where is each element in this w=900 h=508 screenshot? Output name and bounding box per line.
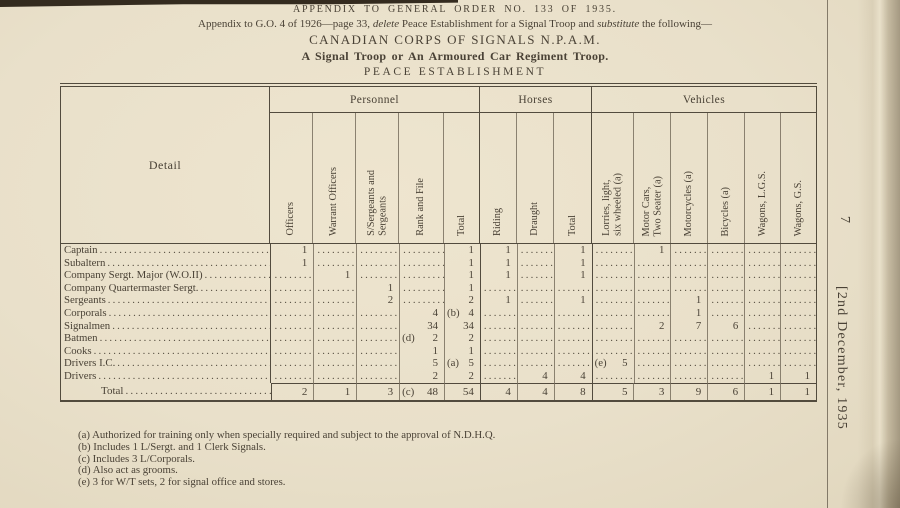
empty-cell-dots	[671, 257, 707, 269]
table-cell: 6	[707, 383, 744, 400]
amendment-delete-word: delete	[373, 18, 399, 30]
table-cell: 1	[270, 244, 313, 257]
empty-cell-dots	[593, 244, 634, 256]
table-cell	[517, 320, 554, 333]
empty-cell-dots	[781, 345, 816, 357]
empty-cell-dots	[555, 282, 592, 294]
column-header-label: Bicycles (a)	[720, 187, 732, 236]
empty-cell-dots	[635, 357, 671, 369]
table-cell: 34	[399, 320, 444, 333]
table-cell	[634, 282, 671, 295]
empty-cell-dots	[518, 332, 554, 344]
row-label: Signalmen	[64, 320, 110, 333]
empty-cell-dots	[314, 257, 356, 269]
cell-value: 2	[433, 370, 444, 382]
cell-value: 1	[505, 294, 516, 306]
table-cell	[313, 370, 356, 383]
empty-cell-dots	[357, 269, 399, 281]
empty-cell-dots	[781, 357, 816, 369]
table-cell	[707, 294, 744, 307]
empty-cell-dots	[555, 345, 592, 357]
empty-cell-dots	[635, 294, 671, 306]
empty-cell-dots	[357, 345, 399, 357]
row-label-cell: Batmen	[61, 332, 270, 345]
column-header: Lorries, light, six wheeled (a)	[591, 113, 633, 243]
empty-cell-dots	[314, 282, 356, 294]
footnotes: (a) Authorized for training only when sp…	[78, 430, 698, 489]
empty-cell-dots	[745, 244, 780, 256]
table-cell	[399, 294, 444, 307]
empty-cell-dots	[745, 269, 780, 281]
cell-value: 5	[622, 357, 633, 369]
empty-cell-dots	[671, 332, 707, 344]
row-label-cell: Drivers I.C.	[61, 357, 270, 370]
table-cell	[780, 269, 816, 282]
column-header-label: Riding	[492, 208, 504, 236]
amendment-note-text: Peace Establishment for a Signal Troop a…	[399, 18, 597, 30]
table-cell: 5	[592, 383, 634, 400]
column-header: Warrant Officers	[312, 113, 355, 243]
cell-value: 5	[622, 384, 634, 400]
empty-cell-dots	[518, 345, 554, 357]
empty-cell-dots	[781, 282, 816, 294]
column-header: Total	[553, 113, 591, 243]
cell-value: 3	[659, 384, 671, 400]
column-header-label: Lorries, light, six wheeled (a)	[601, 173, 624, 236]
column-header-label: Officers	[285, 202, 297, 236]
footnote-ref: (b)	[445, 307, 460, 319]
empty-cell-dots	[518, 357, 554, 369]
empty-cell-dots	[671, 370, 707, 382]
column-header: Officers	[269, 113, 312, 243]
table-cell	[480, 357, 517, 370]
row-label-cell: Signalmen	[61, 320, 270, 333]
row-label: Total	[101, 383, 123, 400]
amendment-note-text: the following—	[639, 18, 712, 30]
table-cell: 1	[670, 294, 707, 307]
empty-cell-dots	[745, 332, 780, 344]
empty-cell-dots	[593, 370, 634, 382]
empty-cell-dots	[745, 357, 780, 369]
empty-cell-dots	[593, 257, 634, 269]
table-cell: 2	[444, 332, 480, 345]
dot-leader	[105, 257, 270, 270]
empty-cell-dots	[781, 269, 816, 281]
establishment-title: PEACE ESTABLISHMENT	[60, 66, 850, 78]
table-cell	[780, 332, 816, 345]
table-cell	[744, 294, 780, 307]
table-cell	[313, 307, 356, 320]
table-cell: 1	[356, 282, 399, 295]
cell-value: 7	[696, 320, 707, 332]
cell-value: 6	[733, 384, 745, 400]
cell-value: 5	[468, 357, 479, 369]
table-cell	[780, 320, 816, 333]
table-cell	[707, 307, 744, 320]
table-cell: (c)48	[399, 383, 444, 400]
cell-value: 1	[468, 282, 479, 294]
row-label: Batmen	[64, 332, 98, 345]
empty-cell-dots	[357, 357, 399, 369]
table-row: Company Sergt. Major (W.O.II)1111	[61, 269, 816, 282]
table-cell: 1	[444, 345, 480, 358]
table-cell: 1	[480, 269, 517, 282]
cell-value: 1	[769, 384, 781, 400]
cell-value: 1	[696, 294, 707, 306]
scanned-page: APPENDIX TO GENERAL ORDER NO. 133 OF 193…	[0, 0, 900, 508]
table-cell	[270, 370, 313, 383]
table-cell	[707, 244, 744, 257]
row-label: Sergeants	[64, 294, 106, 307]
table-cell	[744, 345, 780, 358]
table-cell	[270, 320, 313, 333]
empty-cell-dots	[708, 345, 744, 357]
empty-cell-dots	[593, 307, 634, 319]
table-row: Batmen(d)22	[61, 332, 816, 345]
table-cell: 1	[444, 244, 480, 257]
empty-cell-dots	[745, 282, 780, 294]
column-header: Wagons, L.G.S.	[744, 113, 780, 243]
cell-value: 1	[468, 257, 479, 269]
empty-cell-dots	[314, 307, 356, 319]
empty-cell-dots	[781, 320, 816, 332]
cell-value: 1	[468, 345, 479, 357]
table-header: Detail PersonnelHorsesVehiclesOfficersWa…	[61, 87, 816, 244]
table-cell	[270, 307, 313, 320]
page-header: APPENDIX TO GENERAL ORDER NO. 133 OF 193…	[60, 0, 850, 78]
table-cell	[634, 370, 671, 383]
column-header-label: Rank and File	[415, 178, 427, 236]
table-cell	[313, 357, 356, 370]
table-cell	[707, 269, 744, 282]
table-cell	[313, 257, 356, 270]
column-header: Motorcycles (a)	[670, 113, 707, 243]
date-annotation: [2nd December, 1935	[833, 286, 849, 430]
table-cell	[356, 357, 399, 370]
table-cell	[634, 332, 671, 345]
empty-cell-dots	[400, 244, 444, 256]
cell-value: 8	[580, 384, 592, 400]
row-label: Drivers I.C.	[64, 357, 115, 370]
table-row: Drivers I.C.5(a)5(e)5	[61, 357, 816, 370]
table-cell: 9	[670, 383, 707, 400]
table-cell: 1	[554, 294, 592, 307]
empty-cell-dots	[708, 294, 744, 306]
table-cell: 1	[313, 383, 356, 400]
empty-cell-dots	[635, 345, 671, 357]
table-cell	[313, 332, 356, 345]
table-cell	[356, 244, 399, 257]
empty-cell-dots	[781, 257, 816, 269]
cell-value: 1	[345, 269, 356, 281]
cell-value: 1	[804, 384, 816, 400]
table-cell	[517, 332, 554, 345]
row-label: Captain	[64, 244, 98, 257]
dot-leader	[98, 332, 271, 345]
column-header: Riding	[479, 113, 516, 243]
empty-cell-dots	[481, 307, 517, 319]
table-cell	[480, 282, 517, 295]
empty-cell-dots	[271, 357, 313, 369]
table-cell: (b)4	[444, 307, 480, 320]
cell-value: 2	[433, 332, 444, 344]
empty-cell-dots	[314, 357, 356, 369]
table-cell: 1	[399, 345, 444, 358]
empty-cell-dots	[518, 257, 554, 269]
table-cell	[356, 257, 399, 270]
table-cell: 4	[517, 383, 554, 400]
cell-value: 9	[696, 384, 708, 400]
table-cell	[517, 307, 554, 320]
empty-cell-dots	[593, 294, 634, 306]
table-row: Cooks11	[61, 345, 816, 358]
table-cell	[780, 357, 816, 370]
table-cell: 2	[356, 294, 399, 307]
empty-cell-dots	[518, 320, 554, 332]
cell-value: 2	[302, 384, 314, 400]
table-cell	[270, 269, 313, 282]
table-cell	[780, 345, 816, 358]
unit-title: A Signal Troop or An Armoured Car Regime…	[60, 49, 850, 64]
table-cell: 7	[670, 320, 707, 333]
table-cell: 2	[444, 370, 480, 383]
dot-leader	[115, 357, 270, 370]
cell-value: 1	[580, 294, 591, 306]
table-cell: 1	[780, 383, 816, 400]
empty-cell-dots	[708, 269, 744, 281]
empty-cell-dots	[708, 282, 744, 294]
dot-leader	[110, 320, 270, 333]
empty-cell-dots	[671, 244, 707, 256]
empty-cell-dots	[708, 370, 744, 382]
amendment-note-text: Appendix to G.O. 4 of 1926—page 33,	[198, 18, 373, 30]
empty-cell-dots	[314, 345, 356, 357]
empty-cell-dots	[271, 294, 313, 306]
table-cell	[356, 269, 399, 282]
table-row: Captain11111	[61, 244, 816, 257]
table-cell: 1	[480, 257, 517, 270]
table-cell	[744, 320, 780, 333]
column-header: Rank and File	[398, 113, 443, 243]
table-cell: 4	[399, 307, 444, 320]
table-cell	[554, 307, 592, 320]
footnote-ref: (a)	[445, 357, 459, 369]
column-header-label: Warrant Officers	[328, 167, 340, 236]
table-cell	[399, 257, 444, 270]
empty-cell-dots	[518, 282, 554, 294]
cell-value: 2	[468, 332, 479, 344]
footnote-ref: (d)	[400, 332, 415, 344]
empty-cell-dots	[555, 307, 592, 319]
empty-cell-dots	[708, 357, 744, 369]
row-label: Company Quartermaster Sergt.	[64, 282, 198, 295]
empty-cell-dots	[271, 320, 313, 332]
cell-value: 48	[427, 384, 444, 400]
double-rule	[60, 83, 817, 84]
cell-value: 1	[468, 244, 479, 256]
column-header-label: Total	[456, 215, 468, 236]
table-cell	[670, 282, 707, 295]
row-label-cell: Company Quartermaster Sergt.	[61, 282, 270, 295]
table-cell	[399, 282, 444, 295]
table-cell: 1	[744, 383, 780, 400]
table-cell	[592, 244, 634, 257]
table-cell	[707, 345, 744, 358]
table-cell: (a)5	[444, 357, 480, 370]
table-cell	[270, 357, 313, 370]
table-cell	[313, 320, 356, 333]
table-cell	[356, 307, 399, 320]
cell-value: 1	[805, 370, 816, 382]
table-cell	[592, 332, 634, 345]
table-cell	[480, 332, 517, 345]
table-cell	[780, 244, 816, 257]
table-cell: 2	[444, 294, 480, 307]
table-cell: 1	[554, 257, 592, 270]
table-cell	[744, 357, 780, 370]
empty-cell-dots	[271, 307, 313, 319]
empty-cell-dots	[271, 345, 313, 357]
empty-cell-dots	[708, 244, 744, 256]
empty-cell-dots	[271, 282, 313, 294]
empty-cell-dots	[745, 294, 780, 306]
table-cell: 2	[399, 370, 444, 383]
table-cell	[744, 269, 780, 282]
cell-value: 1	[433, 345, 444, 357]
table-cell: 1	[270, 257, 313, 270]
cell-value: 2	[659, 320, 670, 332]
column-header-label: Motor Cars, Two Seater (a)	[641, 176, 664, 236]
empty-cell-dots	[481, 345, 517, 357]
table-cell	[399, 244, 444, 257]
empty-cell-dots	[314, 244, 356, 256]
row-label-cell: Subaltern	[61, 257, 270, 270]
table-cell	[592, 345, 634, 358]
empty-cell-dots	[635, 257, 671, 269]
empty-cell-dots	[555, 357, 592, 369]
table-cell	[670, 257, 707, 270]
empty-cell-dots	[357, 257, 399, 269]
cell-value: 1	[302, 244, 313, 256]
empty-cell-dots	[481, 320, 517, 332]
cell-value: 1	[580, 244, 591, 256]
empty-cell-dots	[781, 294, 816, 306]
table-cell	[670, 332, 707, 345]
empty-cell-dots	[271, 332, 313, 344]
table-cell: 1	[444, 257, 480, 270]
dot-leader	[106, 294, 271, 307]
table-cell	[554, 282, 592, 295]
page-number: 7	[836, 216, 852, 223]
cell-value: 2	[468, 370, 479, 382]
empty-cell-dots	[400, 282, 444, 294]
table-cell	[313, 345, 356, 358]
column-header-label: Draught	[529, 202, 541, 236]
table-cell	[780, 294, 816, 307]
empty-cell-dots	[635, 370, 671, 382]
table-cell	[670, 370, 707, 383]
table-cell	[780, 257, 816, 270]
table-cell: 5	[399, 357, 444, 370]
establishment-table: Detail PersonnelHorsesVehiclesOfficersWa…	[60, 86, 817, 402]
table-cell	[634, 307, 671, 320]
cell-value: 1	[696, 307, 707, 319]
table-cell	[356, 370, 399, 383]
row-label-cell: Captain	[61, 244, 270, 257]
table-body: Captain11111Subaltern1111Company Sergt. …	[61, 244, 816, 383]
row-label-cell: Corporals	[61, 307, 270, 320]
cell-value: 54	[463, 384, 480, 400]
corps-title: CANADIAN CORPS OF SIGNALS N.P.A.M.	[60, 32, 850, 48]
empty-cell-dots	[745, 345, 780, 357]
column-group-header: Personnel	[269, 87, 479, 113]
empty-cell-dots	[671, 357, 707, 369]
dot-leader	[198, 282, 270, 295]
table-cell	[780, 307, 816, 320]
cell-value: 1	[580, 257, 591, 269]
table-cell	[592, 307, 634, 320]
table-cell: 8	[554, 383, 592, 400]
column-group-header: Horses	[479, 87, 591, 113]
empty-cell-dots	[745, 320, 780, 332]
cell-value: 4	[468, 307, 479, 319]
empty-cell-dots	[518, 269, 554, 281]
row-label: Drivers	[64, 370, 96, 383]
cell-value: 2	[468, 294, 479, 306]
table-cell	[480, 345, 517, 358]
row-label-cell: Sergeants	[61, 294, 270, 307]
table-cell	[634, 357, 671, 370]
cell-value: 1	[345, 384, 357, 400]
column-header: Motor Cars, Two Seater (a)	[633, 113, 670, 243]
dot-leader	[123, 383, 270, 400]
footnote-e: (e) 3 for W/T sets, 2 for signal office …	[78, 477, 698, 489]
cell-value: 4	[580, 370, 591, 382]
table-cell: 6	[707, 320, 744, 333]
table-cell: 1	[313, 269, 356, 282]
empty-cell-dots	[481, 357, 517, 369]
cell-value: 3	[388, 384, 400, 400]
cell-value: 1	[505, 257, 516, 269]
empty-cell-dots	[671, 269, 707, 281]
table-cell	[517, 269, 554, 282]
table-cell: 1	[634, 244, 671, 257]
dot-leader	[96, 370, 270, 383]
table-cell	[480, 320, 517, 333]
table-cell: 2	[634, 320, 671, 333]
table-cell	[480, 307, 517, 320]
table-cell: 1	[554, 269, 592, 282]
dot-leader	[92, 345, 271, 358]
table-cell	[270, 282, 313, 295]
table-cell: 4	[517, 370, 554, 383]
table-cell	[707, 332, 744, 345]
page-edge-shadow	[858, 0, 900, 508]
cell-value: 4	[505, 384, 517, 400]
table-cell: 1	[554, 244, 592, 257]
table-cell	[634, 294, 671, 307]
row-label-cell: Drivers	[61, 370, 270, 383]
empty-cell-dots	[481, 282, 517, 294]
table-cell	[313, 294, 356, 307]
table-cell	[592, 294, 634, 307]
empty-cell-dots	[671, 345, 707, 357]
table-cell	[744, 282, 780, 295]
table-row: Corporals4(b)41	[61, 307, 816, 320]
corner-shadow	[840, 438, 900, 508]
table-row: Sergeants22111	[61, 294, 816, 307]
cell-value: 1	[505, 269, 516, 281]
